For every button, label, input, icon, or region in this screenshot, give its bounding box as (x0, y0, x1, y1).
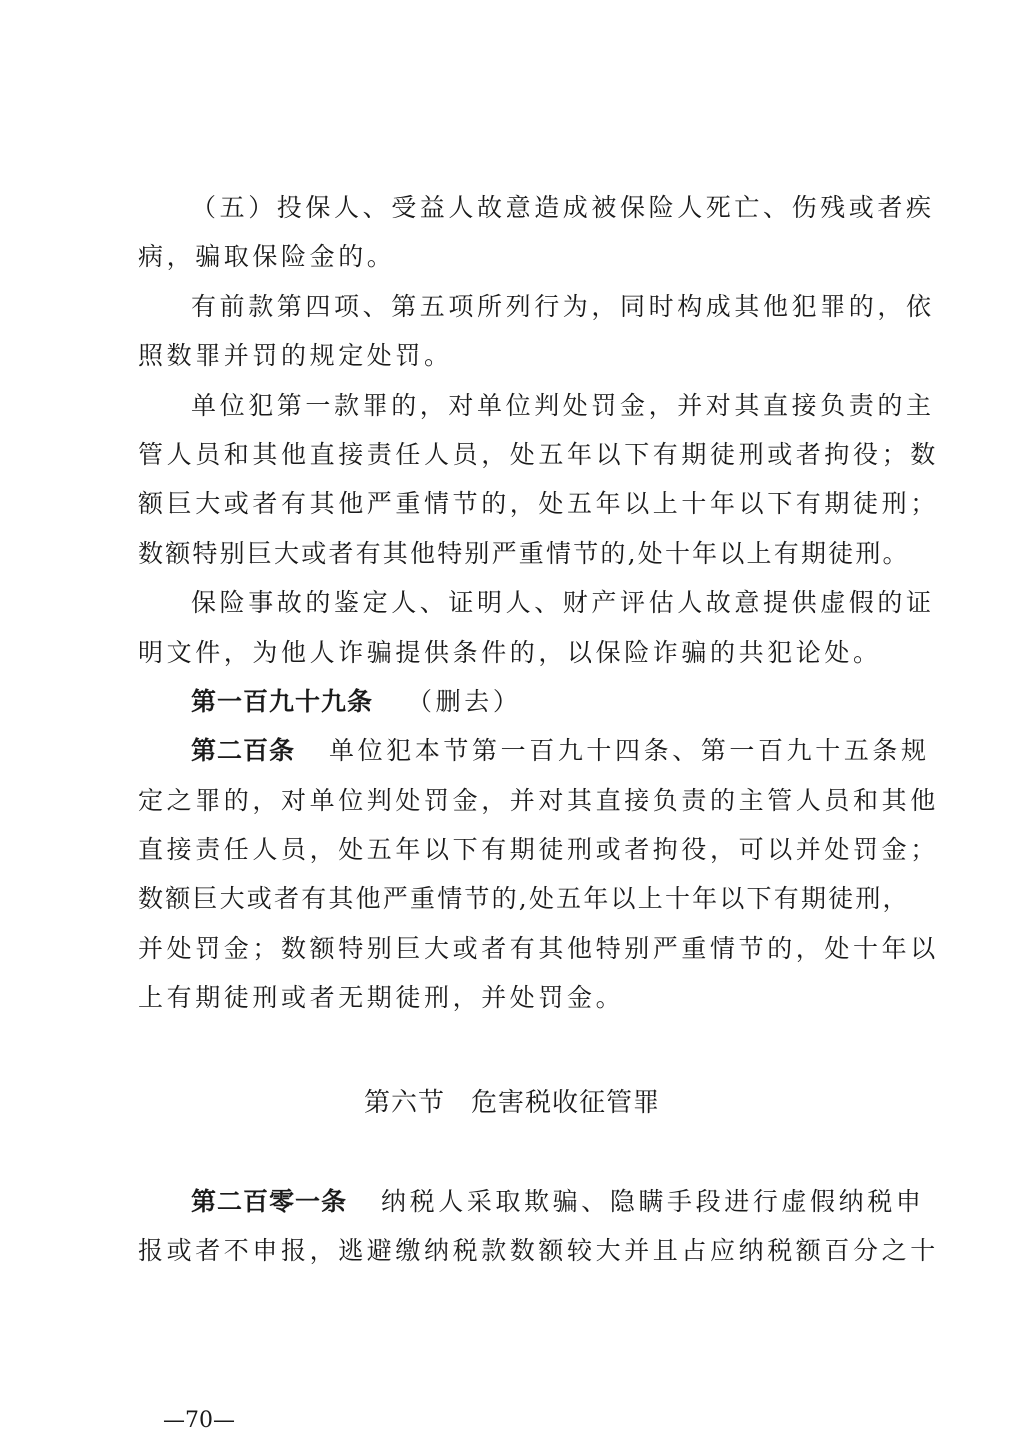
section-title: 危害税收征管罪 (471, 1088, 660, 1118)
paragraph-line: 报或者不申报，逃避缴纳税款数额较大并且占应纳税额百分之十 (138, 1226, 898, 1275)
paragraph-line: 数额巨大或者有其他严重情节的,处五年以上十年以下有期徒刑， (138, 874, 898, 923)
paragraph-line: 并处罚金；数额特别巨大或者有其他特别严重情节的，处十年以 (138, 924, 898, 973)
article-first-line: 第二百零一条纳税人采取欺骗、隐瞒手段进行虚假纳税申 (138, 1177, 898, 1226)
article-body: 单位犯本节第一百九十四条、第一百九十五条规 (329, 736, 930, 765)
article-body: （删去） (407, 687, 521, 716)
article-199: 第一百九十九条（删去） (138, 677, 898, 726)
article-title: 第一百九十九条 (191, 687, 373, 716)
paragraph-line: 直接责任人员，处五年以下有期徒刑或者拘役，可以并处罚金； (138, 825, 898, 874)
section-number: 第六节 (364, 1088, 445, 1118)
article-title: 第二百零一条 (191, 1187, 347, 1216)
paragraph-line: 照数罪并罚的规定处罚。 (138, 331, 898, 380)
paragraph-line: （五）投保人、受益人故意造成被保险人死亡、伤残或者疾 (138, 183, 898, 232)
article-title: 第二百条 (191, 736, 295, 765)
paragraph-line: 有前款第四项、第五项所列行为，同时构成其他犯罪的，依 (138, 282, 898, 331)
paragraph-line: 保险事故的鉴定人、证明人、财产评估人故意提供虚假的证 (138, 578, 898, 627)
article-201: 第二百零一条纳税人采取欺骗、隐瞒手段进行虚假纳税申 报或者不申报，逃避缴纳税款数… (138, 1177, 898, 1276)
paragraph-line: 明文件，为他人诈骗提供条件的，以保险诈骗的共犯论处。 (138, 628, 898, 677)
section-heading: 第六节危害税收征管罪 (0, 1078, 1024, 1128)
paragraph-line: 病，骗取保险金的。 (138, 232, 898, 281)
paragraph-line: 管人员和其他直接责任人员，处五年以下有期徒刑或者拘役；数 (138, 430, 898, 479)
paragraph-line: 单位犯第一款罪的，对单位判处罚金，并对其直接负责的主 (138, 381, 898, 430)
paragraph-line: 数额特别巨大或者有其他特别严重情节的,处十年以上有期徒刑。 (138, 529, 898, 578)
paragraph-line: 额巨大或者有其他严重情节的，处五年以上十年以下有期徒刑； (138, 479, 898, 528)
article-body: 纳税人采取欺骗、隐瞒手段进行虚假纳税申 (381, 1187, 924, 1216)
paragraph-line: 定之罪的，对单位判处罚金，并对其直接负责的主管人员和其他 (138, 776, 898, 825)
page-number: —70— (163, 1408, 235, 1433)
paragraph-line: 上有期徒刑或者无期徒刑，并处罚金。 (138, 973, 898, 1022)
document-body: （五）投保人、受益人故意造成被保险人死亡、伤残或者疾 病，骗取保险金的。 有前款… (138, 183, 898, 1023)
article-200: 第二百条单位犯本节第一百九十四条、第一百九十五条规 (138, 726, 898, 775)
